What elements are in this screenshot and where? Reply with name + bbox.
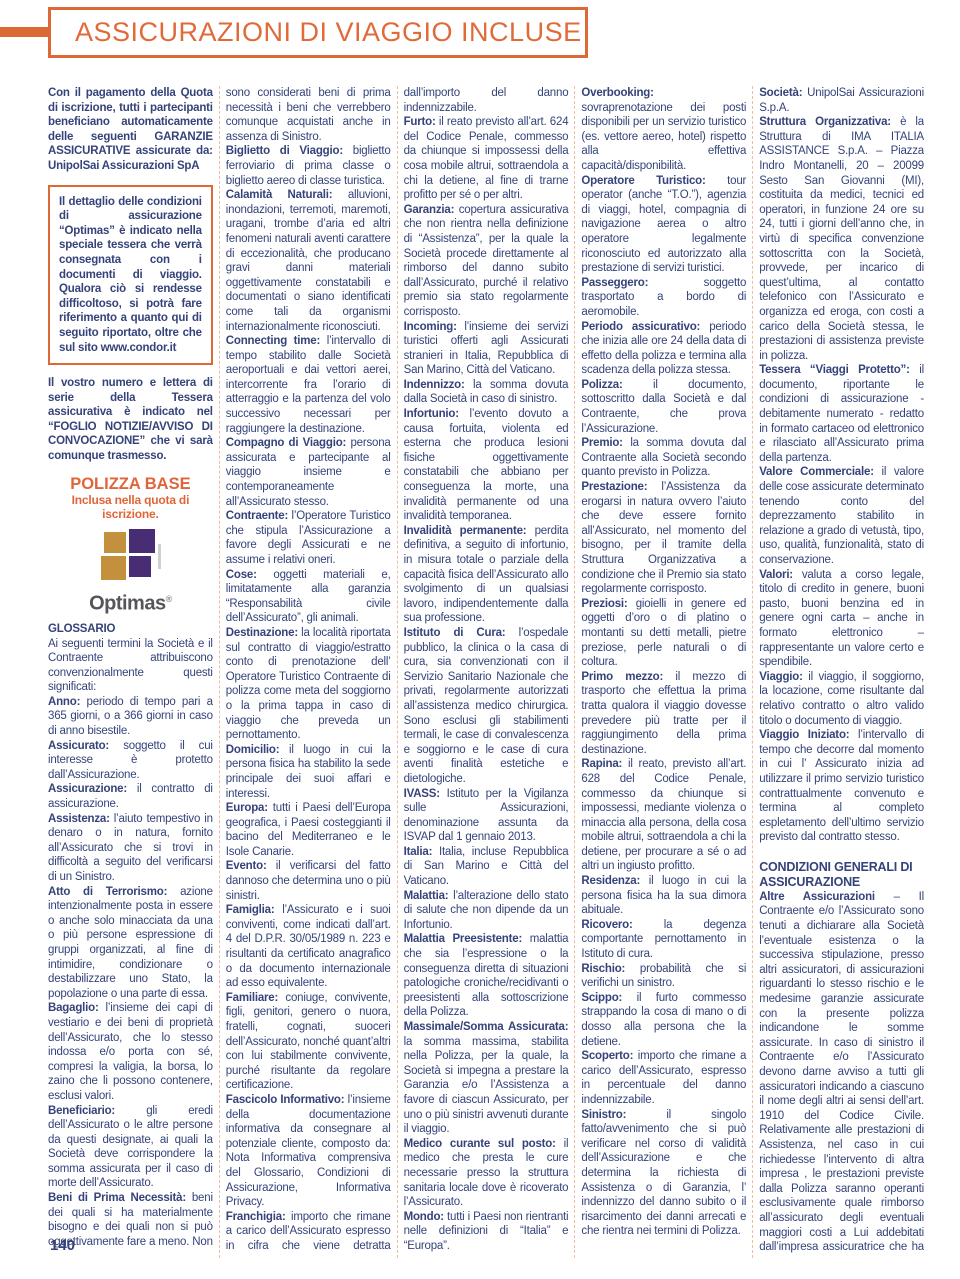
term: Tessera “Viaggi Protetto”: [759, 364, 910, 376]
term: Scippo: [581, 992, 622, 1004]
term: Polizza: [581, 379, 622, 391]
glossary-entry: Indennizzo: la somma dovuta dalla Societ… [404, 378, 569, 407]
term: Atto di Terrorismo: [48, 886, 167, 898]
glossary-entry: Familiare: coniuge, convivente, figli, g… [226, 991, 391, 1093]
term: Prestazione: [581, 481, 647, 493]
glossary-entry: Bagaglio: l’insieme dei capi di vestiari… [48, 1001, 213, 1103]
header-accent-bar [0, 27, 50, 37]
glossary-entry: Invalidità permanente: perdita definitiv… [404, 524, 569, 626]
term: Invalidità permanente: [404, 525, 527, 537]
glossary-entry: Contraente: l’Operatore Turistico che st… [226, 509, 391, 567]
term: Assicurato: [48, 740, 109, 752]
term: Operatore Turistico: [581, 175, 705, 187]
glossary-entry: Residenza: il luogo in cui la persona fi… [581, 874, 746, 918]
term: Connecting time: [226, 335, 320, 347]
page-title: ASSICURAZIONI DI VIAGGIO INCLUSE [75, 17, 582, 48]
glossary-entry: Periodo assicurativo: periodo che inizia… [581, 320, 746, 378]
term: Rischio: [581, 963, 625, 975]
term: Italia: [404, 846, 433, 858]
intro-paragraph: Il vostro numero e lettera di serie dell… [48, 376, 213, 464]
term: Destinazione: [226, 627, 298, 639]
term: Furto: [404, 116, 436, 128]
glossary-entry: Compagno di Viaggio: persona assicurata … [226, 436, 391, 509]
term: Overbooking: [581, 87, 653, 99]
term: Assicurazione: [48, 783, 127, 795]
term: Malattia: [404, 890, 449, 902]
glossary-entry: Evento: il verificarsi del fatto dannoso… [226, 859, 391, 903]
glossary-entry: Struttura Organizzativa: è la Struttura … [759, 115, 924, 363]
term: Garanzia: [404, 204, 455, 216]
term: Franchigia: [226, 1211, 286, 1223]
term: Altre Assicurazioni [759, 891, 875, 903]
term: Viaggio Iniziato: [759, 729, 849, 741]
glossary-entry: Primo mezzo: il mezzo di trasporto che e… [581, 670, 746, 758]
term: Beni di Prima Necessità: [48, 1192, 186, 1204]
intro-paragraph: Con il pagamento della Quota di iscrizio… [48, 86, 213, 174]
glossary-entry: Europa: tutti i Paesi dell’Europa geogra… [226, 801, 391, 859]
glossary-entry: Viaggio Iniziato: l’intervallo di tempo … [759, 728, 924, 845]
term: Valore Commerciale: [759, 466, 874, 478]
glossary-entry: Infortunio: l’evento dovuto a causa fort… [404, 407, 569, 524]
term: Massimale/Somma Assicurata: [404, 1021, 569, 1033]
term: Scoperto: [581, 1050, 633, 1062]
term: Calamità Naturali: [226, 189, 333, 201]
term: Istituto di Cura: [404, 627, 506, 639]
term: Assistenza: [48, 813, 110, 825]
glossary-entry: Scippo: il furto commesso strappando la … [581, 991, 746, 1049]
term: Cose: [226, 569, 257, 581]
glossary-entry: Atto di Terrorismo: azione intenzionalme… [48, 885, 213, 1002]
term: Bagaglio: [48, 1002, 99, 1014]
glossary-entry: Assicurazione: il contratto di assicuraz… [48, 782, 213, 811]
glossary-entry: Prestazione: l’Assistenza da erogarsi in… [581, 480, 746, 597]
glossary-entry: Medico curante sul posto: il medico che … [404, 1137, 569, 1210]
term: Residenza: [581, 875, 640, 887]
glossary-entry: Fascicolo Informativo: l’insieme della d… [226, 1093, 391, 1210]
term: Società: [759, 87, 802, 99]
term: Compagno di Viaggio: [226, 437, 346, 449]
glossary-entry: IVASS: Istituto per la Vigilanza sulle A… [404, 787, 569, 845]
term: Familiare: [226, 992, 278, 1004]
polizza-base-subtitle: Inclusa nella quota di iscrizione. [48, 493, 213, 521]
glossary-entry: Operatore Turistico: tour operator (anch… [581, 174, 746, 276]
glossary-entry: Ricovero: la degenza comportante pernott… [581, 918, 746, 962]
term: Struttura Organizzativa: [759, 116, 891, 128]
glossary-entry: Sinistro: il singolo fatto/avvenimento c… [581, 1108, 746, 1239]
glossary-entry: Polizza: il documento, sottoscritto dall… [581, 378, 746, 436]
glossary-entry: Mondo: tutti i Paesi non rientranti nell… [404, 1210, 569, 1254]
term: Malattia Preesistente: [404, 933, 522, 945]
glossary-entry: Garanzia: copertura assicurativa che non… [404, 203, 569, 320]
term: Mondo: [404, 1211, 444, 1223]
term: Anno: [48, 696, 80, 708]
term: Biglietto di Viaggio: [226, 145, 343, 157]
term: Rapina: [581, 758, 622, 770]
term: Domicilio: [226, 744, 280, 756]
page-header: ASSICURAZIONI DI VIAGGIO INCLUSE [48, 7, 588, 58]
glossary-entry: Italia: Italia, incluse Repubblica di Sa… [404, 845, 569, 889]
glossary-entry: Scoperto: importo che rimane a carico de… [581, 1049, 746, 1107]
article: Con il pagamento della Quota di iscrizio… [48, 86, 924, 1258]
glossary-entry: Domicilio: il luogo in cui la persona fi… [226, 743, 391, 801]
glossary-entry: Valori: valuta a corso legale, titolo di… [759, 568, 924, 670]
glossary-entry: Assicurato: soggetto il cui interesse è … [48, 739, 213, 783]
glossary-entry: Viaggio: il viaggio, il soggiorno, la lo… [759, 670, 924, 728]
term: Ricovero: [581, 919, 632, 931]
term: Periodo assicurativo: [581, 321, 700, 333]
term: Infortunio: [404, 408, 459, 420]
section-heading: GLOSSARIO [48, 622, 213, 637]
term: IVASS: [404, 788, 440, 800]
term: Medico curante sul posto: [404, 1138, 556, 1150]
term: Valori: [759, 569, 793, 581]
glossary-entry: Calamità Naturali: alluvioni, inondazion… [226, 188, 391, 334]
term: Primo mezzo: [581, 671, 663, 683]
glossary-entry: Beneficiario: gli eredi dell’Assicurato … [48, 1104, 213, 1192]
glossary-entry: Istituto di Cura: l’ospedale pubblico, l… [404, 626, 569, 787]
glossary-entry: Biglietto di Viaggio: biglietto ferrovia… [226, 144, 391, 188]
glossary-entry: Premio: la somma dovuta dal Contraente a… [581, 436, 746, 480]
glossary-entry: Valore Commerciale: il valore delle cose… [759, 465, 924, 567]
glossary-entry: Rischio: probabilità che si verifichi un… [581, 962, 746, 991]
paragraph: Ai seguenti termini la Società e il Cont… [48, 637, 213, 695]
polizza-base-title: POLIZZA BASE [48, 475, 213, 493]
glossary-entry: Malattia Preesistente: malattia che sia … [404, 932, 569, 1020]
glossary-entry: Società: UnipolSai Assicurazioni S.p.A. [759, 86, 924, 115]
optimas-wordmark: Optimas® [48, 589, 213, 614]
term: Contraente: [226, 510, 288, 522]
optimas-logo: Optimas® [48, 529, 213, 614]
glossary-entry: Assistenza: l’aiuto tempestivo in denaro… [48, 812, 213, 885]
optimas-logo-mark-icon [97, 529, 163, 584]
glossary-entry: Anno: periodo di tempo pari a 365 giorni… [48, 695, 213, 739]
term: Sinistro: [581, 1109, 626, 1121]
glossary-entry: Connecting time: l’intervallo di tempo s… [226, 334, 391, 436]
glossary-entry: Incoming: l’insieme dei servizi turistic… [404, 320, 569, 378]
section-heading: CONDIZIONI GENERALI DI ASSICURAZIONE [759, 860, 924, 890]
glossary-entry: Tessera “Viaggi Protetto”: il documento,… [759, 363, 924, 465]
term: Beneficiario: [48, 1105, 115, 1117]
glossary-entry: Destinazione: la località riportata sul … [226, 626, 391, 743]
glossary-entry: Massimale/Somma Assicurata: la somma mas… [404, 1020, 569, 1137]
term: Famiglia: [226, 904, 275, 916]
term: Preziosi: [581, 598, 627, 610]
page-number: 140 [50, 1237, 75, 1254]
term: Indennizzo: [404, 379, 465, 391]
glossary-entry: Malattia: l’alterazione dello stato di s… [404, 889, 569, 933]
glossary-entry: Furto: il reato previsto all’art. 624 de… [404, 115, 569, 203]
term: Evento: [226, 860, 267, 872]
glossary-entry: Cose: oggetti materiali e, limitatamente… [226, 568, 391, 626]
glossary-entry: Passeggero: soggetto trasportato a bordo… [581, 276, 746, 320]
glossary-entry: Rapina: il reato, previsto all’art. 628 … [581, 757, 746, 874]
callout-box: Il dettaglio delle condizioni di assicur… [48, 185, 213, 366]
term: Fascicolo Informativo: [226, 1094, 345, 1106]
term: Passeggero: [581, 277, 648, 289]
glossary-entry: Preziosi: gioielli in genere ed oggetti … [581, 597, 746, 670]
term: Europa: [226, 802, 268, 814]
glossary-entry: Overbooking: sovraprenotazione dei posti… [581, 86, 746, 174]
term: Incoming: [404, 321, 457, 333]
glossary-entry: Famiglia: l’Assicurato e i suoi conviven… [226, 903, 391, 991]
term: Premio: [581, 437, 622, 449]
term: Viaggio: [759, 671, 803, 683]
